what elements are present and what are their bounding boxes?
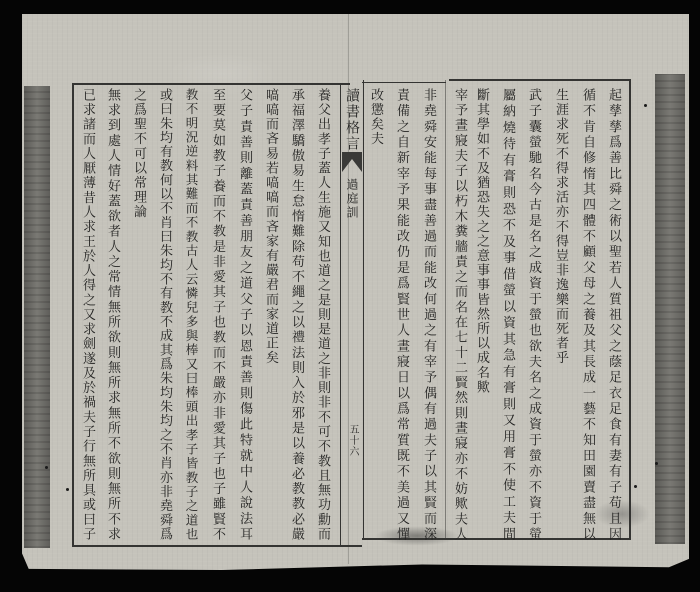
text-column: 循不肯自修惰其四體不顧父母之養及其長成一藝不知田園賣盡無以 — [576, 88, 598, 540]
text-column: 宰予晝寢夫子以朽木糞牆責之而名在七十二賢然則晝寢亦不妨歟夫人 — [448, 88, 470, 540]
text-column: 嗃嗃而吝易若嗃嗃而吝家有嚴君而家道正矣 — [259, 88, 281, 365]
text-column: 斷其學如不及猶恐失之之意事事皆然所以成名歟 — [470, 88, 492, 395]
frame-right — [629, 79, 631, 539]
text-column: 教不明況逆料其難而不教古人云憐兒多與棒又曰棒頭出孝子皆教子之道也 — [180, 88, 202, 540]
paper-speck — [66, 488, 69, 491]
text-column: 武子囊螢馳名今古是名之成資于螢也欲夫名之成資于螢亦不資于螢 — [522, 88, 544, 540]
text-column: 父子責善則離蓋責善朋友之道父子以恩責善則傷此特就中人說法耳 — [233, 88, 255, 540]
text-column: 或曰朱均有教何以不肖曰朱均不有教不成其爲朱均朱均之不肖亦非堯舜爲 — [153, 88, 175, 540]
text-column: 改懲矣夫 — [364, 88, 386, 146]
right-block-rule — [445, 80, 446, 540]
section-title: 過庭訓 — [341, 178, 363, 220]
paper-speck — [644, 104, 647, 107]
book-title: 讀書格言 — [341, 88, 363, 152]
paper-speck — [45, 466, 48, 469]
paper-speck — [634, 485, 637, 488]
frame-bottom-left — [72, 545, 362, 547]
page-number: 五十六 — [341, 424, 363, 457]
frame-top-center — [362, 82, 446, 83]
frame-top-left — [72, 83, 350, 85]
left-binding-strip — [24, 86, 50, 548]
right-binding-strip — [655, 74, 685, 544]
text-column: 養父出孝子蓋人生施又知也道之是則是道之非則非不可不教且無功勳而 — [311, 88, 333, 540]
text-column: 非堯舜安能每事盡善過而能改何過之有宰予偶有過夫子以其賢而深 — [417, 88, 439, 540]
center-column-right-rule — [363, 80, 364, 540]
text-column: 之爲聖不可以常理論 — [127, 88, 149, 219]
frame-top-right — [449, 79, 631, 81]
text-column: 已求諸而人厭薄昔人求王於人得之又求劍遂及於禍夫子行無所具或曰子 — [76, 88, 98, 540]
text-column: 生涯求死不得求活亦不得豈非逸樂而死者乎 — [549, 88, 571, 365]
text-column: 起孳孳爲善比舜之術以聖若人質祖父之蔭足衣足食有妻有子苟且因 — [602, 88, 624, 540]
text-column: 屬納燒待有膏則恐不及事借螢以資其急有膏則又用膏不使工夫間 — [496, 88, 518, 540]
paper-speck — [655, 462, 658, 465]
text-column: 至要莫如教子養而不教是非愛其子也教而不嚴亦非愛其子也子雖賢不 — [206, 88, 228, 540]
text-column: 承福澤驕傲易生怠惰難除苟不繩之以禮法則入於邪是以養必教教必嚴 — [285, 88, 307, 540]
center-column-left-rule — [340, 84, 341, 546]
text-column: 責備之自新宰予果能改仍是爲賢世人晝寢日以爲常質既不美過又憚 — [390, 88, 412, 540]
frame-left — [72, 83, 74, 546]
text-column: 無求到處人情好蓋欲者人之常情無所欲則無所求無所不欲則無所不求 — [101, 88, 123, 540]
